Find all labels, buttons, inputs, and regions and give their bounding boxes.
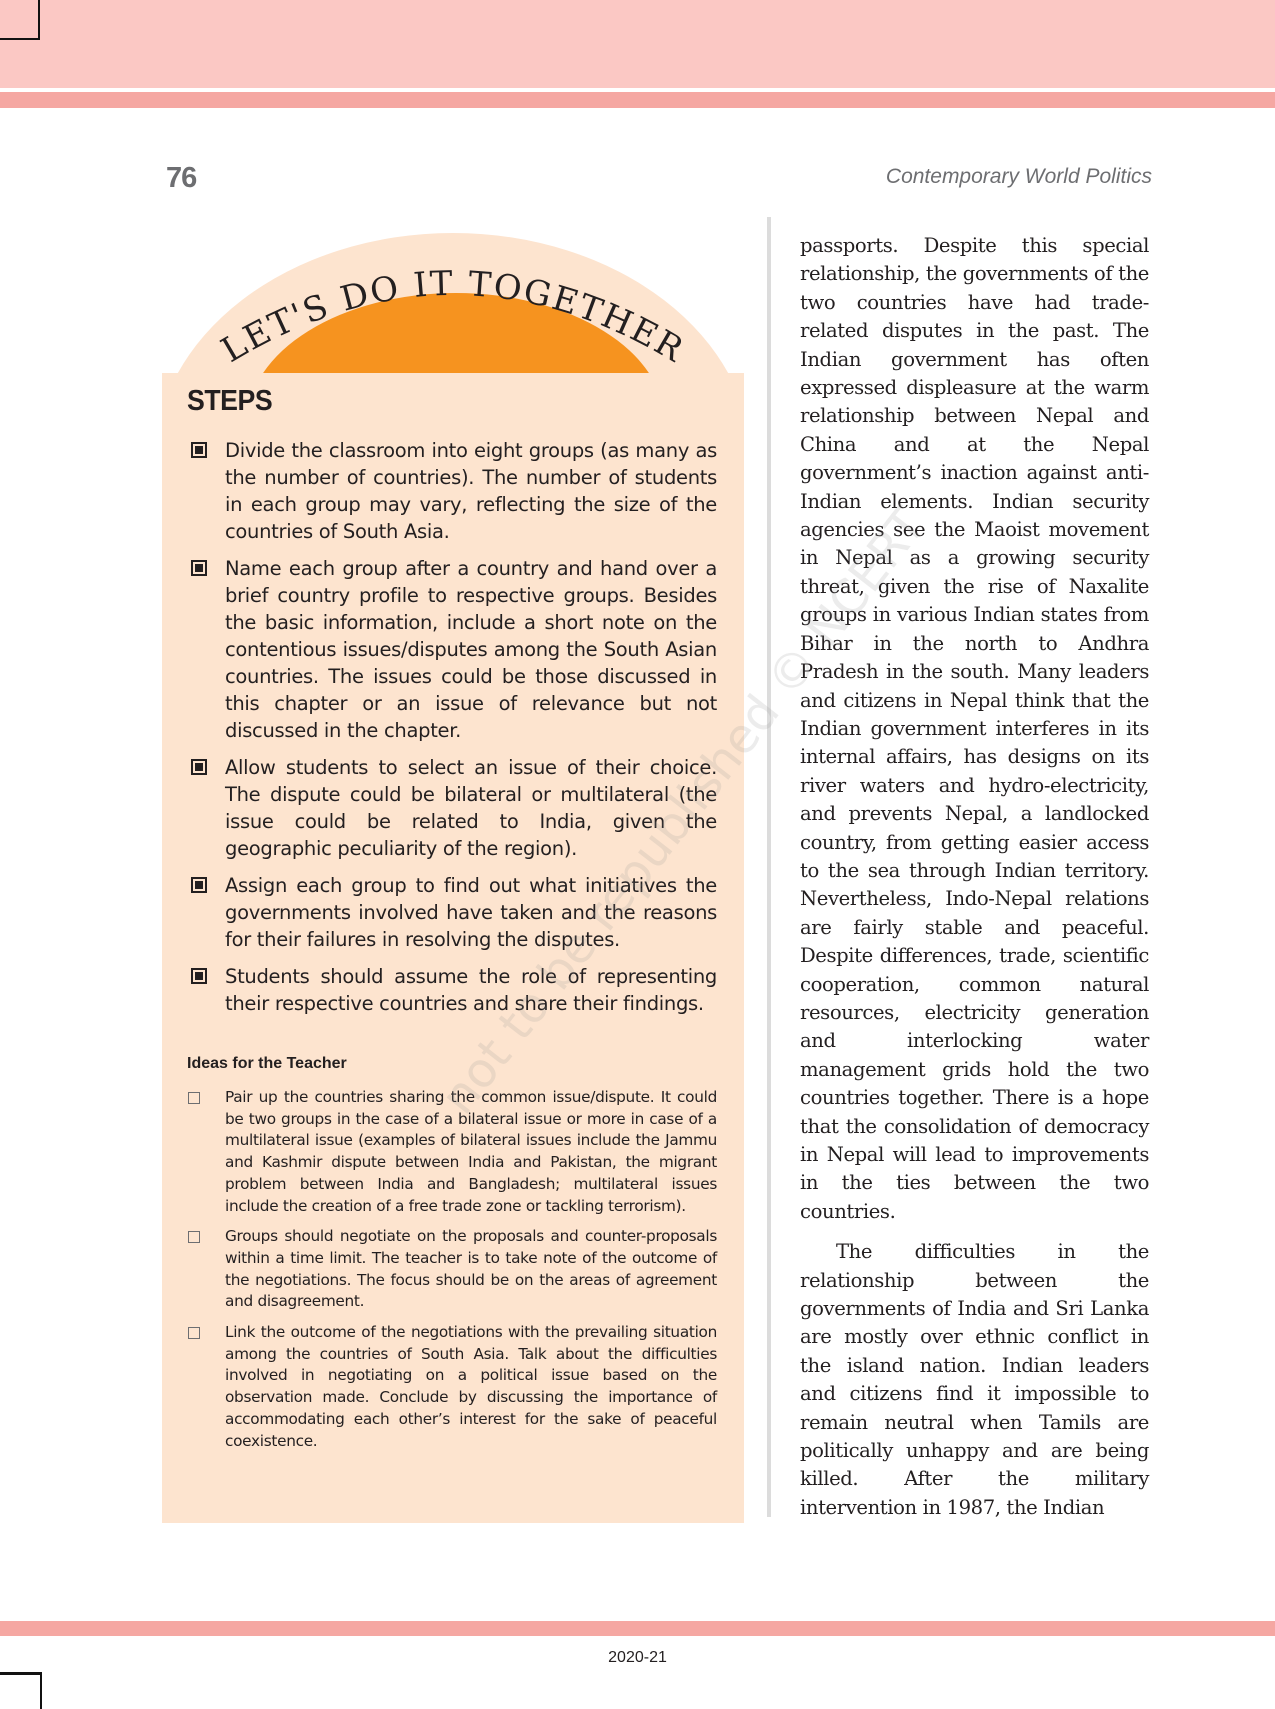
hollow-square-bullet-icon [188, 1092, 200, 1104]
header-stripe [0, 92, 1275, 108]
header-band [0, 0, 1275, 88]
activity-banner: LET'S DO IT TOGETHER [162, 225, 744, 373]
idea-item: Groups should negotiate on the proposals… [187, 1226, 717, 1313]
activity-box: LET'S DO IT TOGETHER STEPS Divide the cl… [162, 225, 744, 1523]
svg-text:LET'S DO IT TOGETHER: LET'S DO IT TOGETHER [215, 264, 692, 371]
idea-item: Link the outcome of the negotiations wit… [187, 1322, 717, 1452]
filled-square-bullet-icon [191, 759, 207, 775]
idea-item: Pair up the countries sharing the common… [187, 1087, 717, 1217]
filled-square-bullet-icon [191, 560, 207, 576]
step-item: Students should assume the role of repre… [187, 963, 717, 1017]
step-item: Allow students to select an issue of the… [187, 754, 717, 862]
column-divider [767, 217, 771, 1517]
crop-mark-top-left [0, 0, 40, 40]
ideas-list: Pair up the countries sharing the common… [187, 1087, 717, 1461]
crop-mark-bottom-left [0, 1672, 42, 1709]
step-item: Assign each group to find out what initi… [187, 872, 717, 953]
filled-square-bullet-icon [191, 442, 207, 458]
main-text-column: passports. Despite this special relation… [800, 232, 1149, 1534]
footer-stripe [0, 1621, 1275, 1636]
filled-square-bullet-icon [191, 968, 207, 984]
steps-list: Divide the classroom into eight groups (… [187, 437, 717, 1027]
hollow-square-bullet-icon [188, 1231, 200, 1243]
hollow-square-bullet-icon [188, 1327, 200, 1339]
running-head: Contemporary World Politics [886, 165, 1152, 189]
footer-year: 2020-21 [0, 1649, 1275, 1667]
step-item: Divide the classroom into eight groups (… [187, 437, 717, 545]
ideas-heading: Ideas for the Teacher [187, 1055, 347, 1073]
page-number: 76 [166, 162, 196, 195]
steps-heading: STEPS [187, 385, 272, 418]
step-item: Name each group after a country and hand… [187, 555, 717, 744]
banner-title: LET'S DO IT TOGETHER [162, 225, 744, 373]
body-paragraph: passports. Despite this special relation… [800, 232, 1149, 1226]
activity-body: STEPS Divide the classroom into eight gr… [162, 373, 744, 1523]
body-paragraph: The difficulties in the relationship bet… [800, 1238, 1149, 1522]
filled-square-bullet-icon [191, 877, 207, 893]
